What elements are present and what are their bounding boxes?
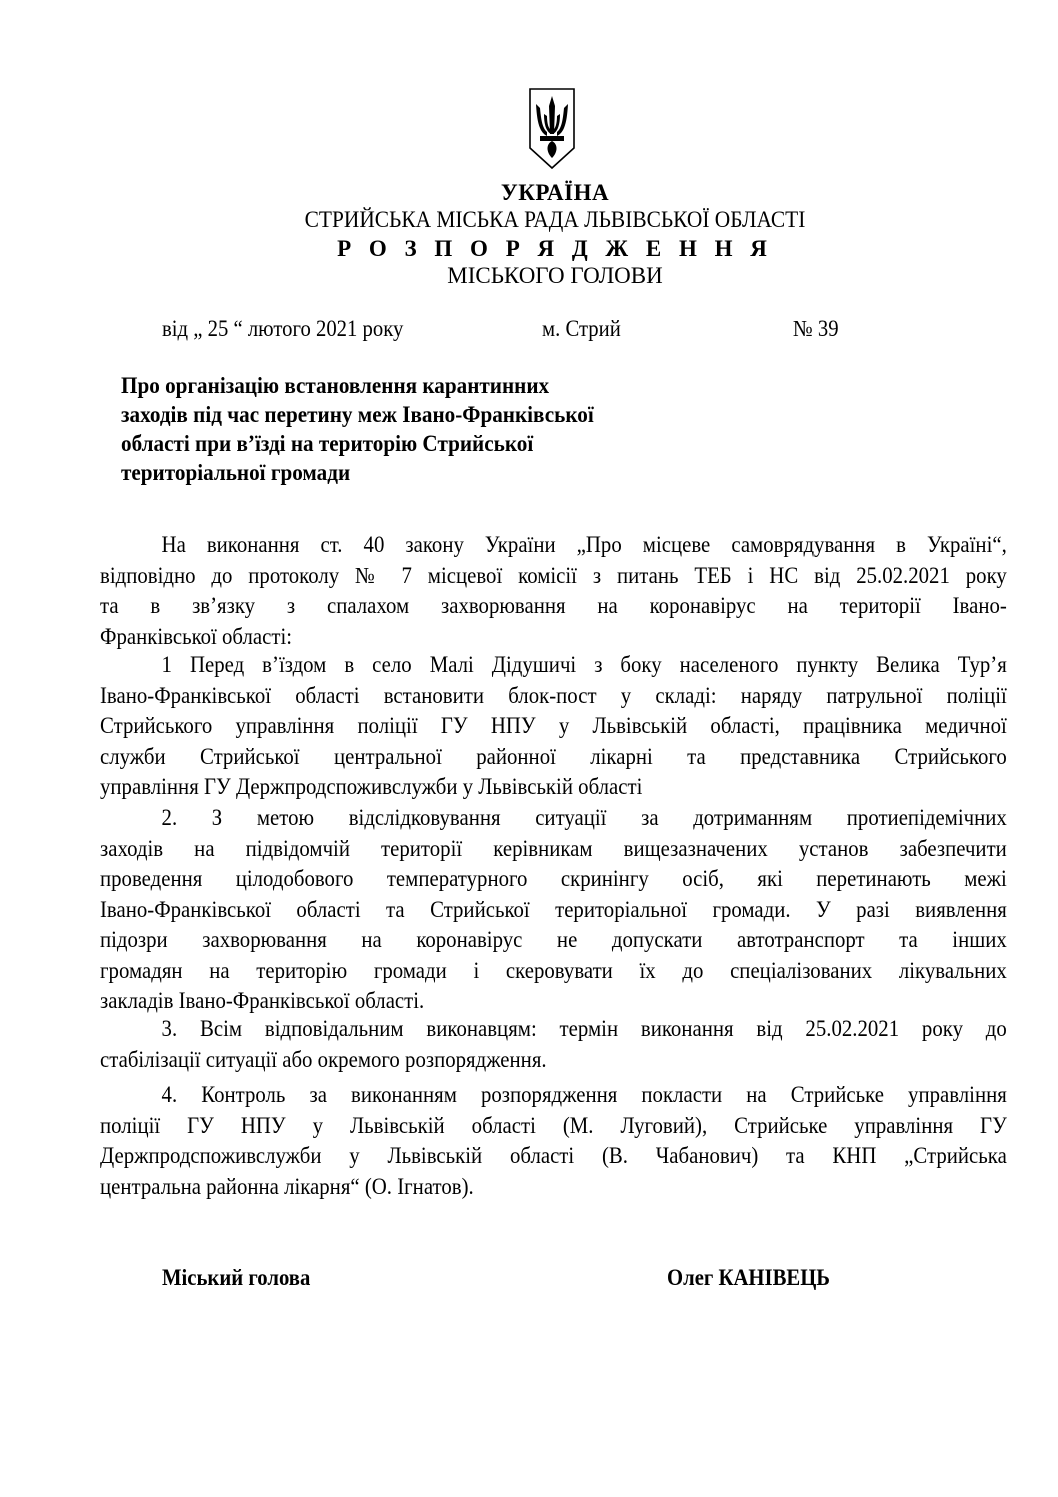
paragraph-line: 4. Контроль за виконанням розпорядження … (100, 1080, 1007, 1111)
clause-4: 4. Контроль за виконанням розпорядження … (100, 1080, 1007, 1202)
paragraph-line: Держпродспоживслужби у Львівській област… (100, 1141, 1007, 1172)
paragraph-line: підозри захворювання на коронавірус не д… (100, 925, 1007, 956)
paragraph-line: центральна районна лікарня“ (О. Ігнатов)… (100, 1172, 1007, 1203)
document-subject: Про організацію встановлення карантинних… (121, 371, 691, 487)
trident-coat-of-arms-icon (527, 86, 577, 172)
paragraph-line: 2. З метою відслідковування ситуації за … (100, 803, 1007, 834)
clause-1: 1 Перед в’їздом в село Малі Дідушичі з б… (100, 650, 1007, 803)
paragraph-line: громадян на територію громади і скеровув… (100, 956, 1007, 987)
subject-line: Про організацію встановлення карантинних (121, 371, 691, 400)
clause-3: 3. Всім відповідальним виконавцям: термі… (100, 1014, 1007, 1075)
document-number: № 39 (793, 316, 839, 342)
signature-title: Міський голова (162, 1265, 310, 1291)
paragraph-line: та в зв’язку з спалахом захворювання на … (100, 591, 1007, 622)
signature-name: Олег КАНІВЕЦЬ (667, 1265, 830, 1291)
header-issuer: МІСЬКОГО ГОЛОВИ (0, 263, 1058, 289)
document-date: від „ 25 “ лютого 2021 року (162, 316, 403, 342)
header-council: СТРИЙСЬКА МІСЬКА РАДА ЛЬВІВСЬКОЇ ОБЛАСТІ (39, 207, 1058, 233)
paragraph-line: Івано-Франківської області встановити бл… (100, 681, 1007, 712)
header-country: УКРАЇНА (0, 180, 1058, 206)
document-place: м. Стрий (542, 316, 621, 342)
subject-line: області при в’їзді на територію Стрийськ… (121, 429, 691, 458)
paragraph-line: заходів на підвідомчій території керівни… (100, 834, 1007, 865)
paragraph-line: Івано-Франківської області та Стрийської… (100, 895, 1007, 926)
document-page: УКРАЇНА СТРИЙСЬКА МІСЬКА РАДА ЛЬВІВСЬКОЇ… (0, 0, 1058, 1497)
paragraph-line: 3. Всім відповідальним виконавцям: термі… (100, 1014, 1007, 1045)
paragraph-line: служби Стрийської центральної районної л… (100, 742, 1007, 773)
paragraph-line: закладів Івано-Франківської області. (100, 986, 1007, 1017)
paragraph-line: управління ГУ Держпродспоживслужби у Льв… (100, 772, 1007, 803)
subject-line: заходів під час перетину меж Івано-Франк… (121, 400, 691, 429)
paragraph-line: стабілізації ситуації або окремого розпо… (100, 1045, 1007, 1076)
paragraph-line: Франківської області: (100, 622, 1007, 653)
clause-2: 2. З метою відслідковування ситуації за … (100, 803, 1007, 1017)
paragraph-line: відповідно до протоколу № 7 місцевої ком… (100, 561, 1007, 592)
paragraph-line: На виконання ст. 40 закону України „Про … (100, 530, 1007, 561)
paragraph-line: Стрийського управління поліції ГУ НПУ у … (100, 711, 1007, 742)
subject-line: територіальної громади (121, 458, 691, 487)
paragraph-line: 1 Перед в’їздом в село Малі Дідушичі з б… (100, 650, 1007, 681)
header-doc-type: Р О З П О Р Я Д Ж Е Н Н Я (0, 236, 1058, 262)
paragraph-line: поліції ГУ НПУ у Львівській області (М. … (100, 1111, 1007, 1142)
paragraph-line: проведення цілодобового температурного с… (100, 864, 1007, 895)
preamble-paragraph: На виконання ст. 40 закону України „Про … (100, 530, 1007, 652)
